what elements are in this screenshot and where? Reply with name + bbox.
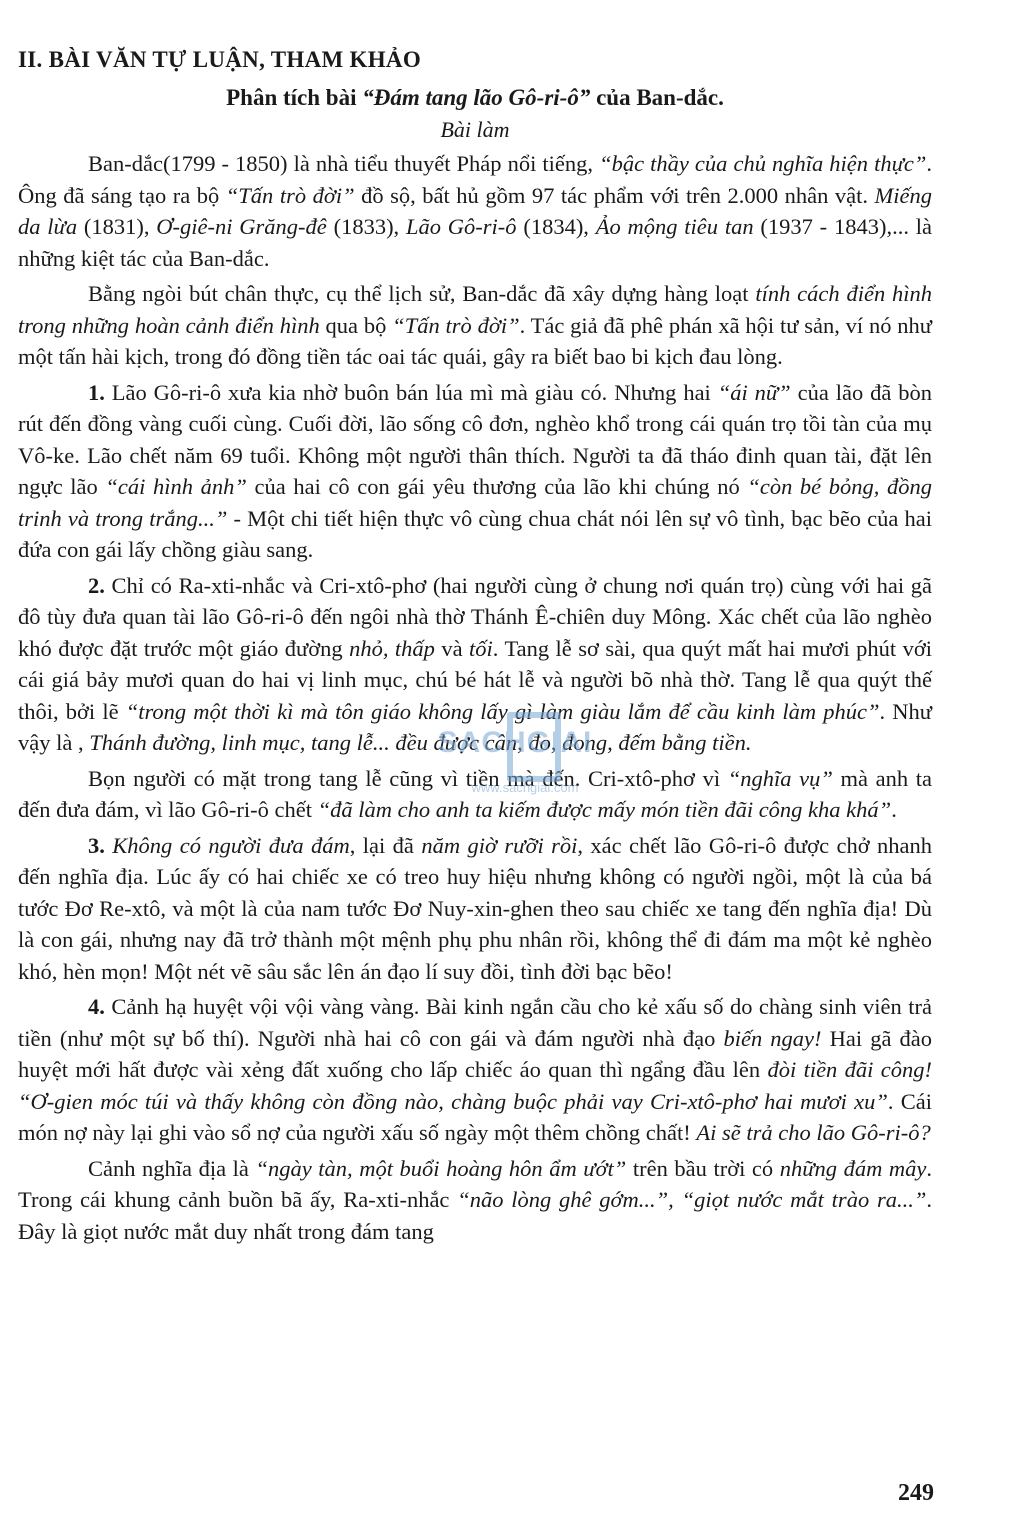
paragraph: Bọn người có mặt trong tang lễ cũng vì t… — [18, 763, 932, 826]
italic-quote: tối — [469, 636, 493, 661]
text-run: (1834), — [517, 214, 596, 239]
title-author: Ban-dắc. — [636, 85, 724, 110]
italic-quote: “ái nữ” — [718, 380, 791, 405]
text-run: (1833), — [327, 214, 406, 239]
text-run: qua bộ — [320, 313, 392, 338]
italic-quote: “Tấn trò đời” — [392, 313, 519, 338]
text-run: Lão Gô-ri-ô xưa kia nhờ buôn bán lúa mì … — [105, 380, 718, 405]
italic-quote: nhỏ, thấp — [349, 636, 435, 661]
italic-quote: “Tấn trò đời” — [226, 183, 355, 208]
italic-quote: biến ngay! — [723, 1026, 821, 1051]
italic-quote: những đám mây — [780, 1156, 927, 1181]
text-run: , lại đã — [350, 833, 422, 858]
title-work: “Đám tang lão Gô-ri-ô” — [362, 85, 590, 110]
paragraph: 1. Lão Gô-ri-ô xưa kia nhờ buôn bán lúa … — [18, 377, 932, 566]
paragraph: 2. Chỉ có Ra-xti-nhắc và Cri-xtô-phơ (ha… — [18, 570, 932, 759]
paragraph: 3. Không có người đưa đám, lại đã năm gi… — [18, 830, 932, 988]
text-run: Cảnh nghĩa địa là — [88, 1156, 255, 1181]
essay-body: Ban-dắc(1799 - 1850) là nhà tiểu thuyết … — [18, 148, 932, 1247]
text-run: của hai cô con gái yêu thương của lão kh… — [247, 474, 747, 499]
italic-quote: “nghĩa vụ” — [728, 766, 833, 791]
text-run: Bằng ngòi bút chân thực, cụ thể lịch sử,… — [88, 281, 755, 306]
section-heading: II. BÀI VĂN TỰ LUẬN, THAM KHẢO — [18, 44, 932, 76]
italic-quote: Lão Gô-ri-ô — [406, 214, 517, 239]
subtitle: Bài làm — [18, 114, 932, 146]
section-number: 4. — [88, 994, 105, 1019]
text-run: Bọn người có mặt trong tang lễ cũng vì t… — [88, 766, 728, 791]
paragraph: Cảnh nghĩa địa là “ngày tàn, một buổi ho… — [18, 1153, 932, 1248]
page-number: 249 — [898, 1480, 934, 1507]
text-run: . — [891, 797, 897, 822]
italic-quote: Ảo mộng tiêu tan — [596, 214, 754, 239]
title-prefix: Phân tích — [226, 85, 320, 110]
section-number: 1. — [88, 380, 105, 405]
paragraph: 4. Cảnh hạ huyệt vội vội vàng vàng. Bài … — [18, 991, 932, 1149]
section-number: 3. — [88, 833, 105, 858]
italic-quote: năm giờ rưỡi rồi — [421, 833, 577, 858]
text-run: Ban-dắc(1799 - 1850) là nhà tiểu thuyết … — [88, 151, 599, 176]
text-run: trên bầu trời có — [626, 1156, 779, 1181]
paragraph: Bằng ngòi bút chân thực, cụ thể lịch sử,… — [18, 278, 932, 373]
italic-quote: Không có người đưa đám — [112, 833, 349, 858]
italic-quote: “cái hình ảnh” — [105, 474, 247, 499]
italic-quote: “đã làm cho anh ta kiếm được mấy món tiề… — [318, 797, 892, 822]
title-connector-2: của — [590, 85, 636, 110]
italic-quote: “trong một thời kì mà tôn giáo không lấy… — [126, 699, 880, 724]
book-page: II. BÀI VĂN TỰ LUẬN, THAM KHẢO Phân tích… — [18, 44, 932, 1251]
italic-quote: Ai sẽ trả cho lão Gô-ri-ô? — [696, 1120, 930, 1145]
italic-quote: “bậc thầy của chủ nghĩa hiện thực” — [599, 151, 926, 176]
italic-quote: Ơ-giê-ni Grăng-đê — [156, 214, 327, 239]
text-run: và — [435, 636, 469, 661]
italic-quote: “ngày tàn, một buổi hoàng hôn ẩm ướt” — [255, 1156, 626, 1181]
section-number: 2. — [88, 573, 105, 598]
article-title: Phân tích bài “Đám tang lão Gô-ri-ô” của… — [18, 82, 932, 114]
italic-quote: Thánh đường, linh mục, tang lễ... đều đư… — [89, 730, 751, 755]
text-run: (1831), — [77, 214, 156, 239]
paragraph: Ban-dắc(1799 - 1850) là nhà tiểu thuyết … — [18, 148, 932, 274]
title-connector: bài — [320, 85, 362, 110]
italic-quote: “não lòng ghê gớm...”, “giọt nước mắt tr… — [457, 1187, 926, 1212]
text-run: đồ sộ, bất hủ gồm 97 tác phẩm với trên 2… — [355, 183, 875, 208]
